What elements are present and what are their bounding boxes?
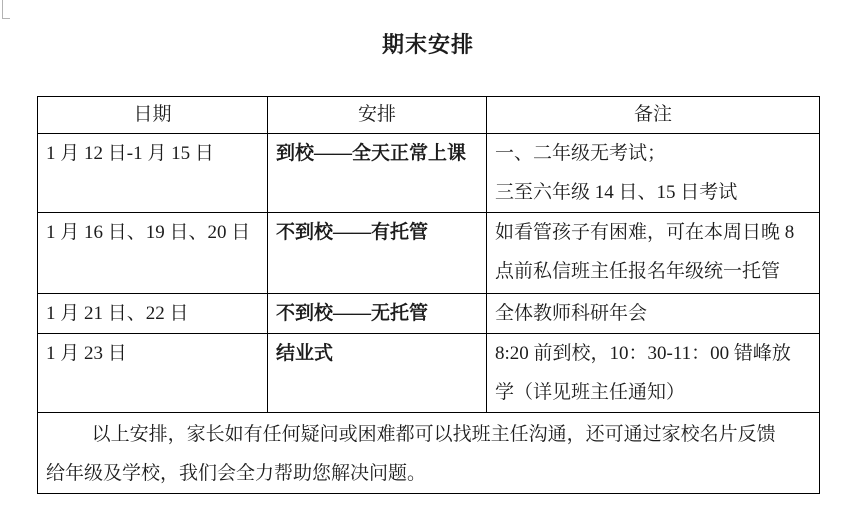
table-row: 1 月 16 日、19 日、20 日不到校——有托管如看管孩子有困难，可在本周日… [38, 213, 820, 294]
footer-row: 以上安排，家长如有任何疑问或困难都可以找班主任沟通，还可通过家校名片反馈给年级及… [38, 413, 820, 494]
schedule-table-body: 1 月 12 日-1 月 15 日到校——全天正常上课一、二年级无考试；三至六年… [38, 134, 820, 494]
table-row: 1 月 12 日-1 月 15 日到校——全天正常上课一、二年级无考试；三至六年… [38, 134, 820, 213]
date-cell: 1 月 12 日-1 月 15 日 [38, 134, 268, 213]
footer-cell: 以上安排，家长如有任何疑问或困难都可以找班主任沟通，还可通过家校名片反馈给年级及… [38, 413, 820, 494]
column-header-notes: 备注 [487, 97, 820, 134]
arrangement-cell: 不到校——无托管 [268, 294, 487, 334]
date-cell: 1 月 23 日 [38, 334, 268, 413]
arrangement-cell: 到校——全天正常上课 [268, 134, 487, 213]
arrangement-cell: 结业式 [268, 334, 487, 413]
note-line: 学（详见班主任通知） [495, 373, 811, 412]
footer-line: 给年级及学校，我们会全力帮助您解决问题。 [46, 454, 811, 493]
column-header-arrangement: 安排 [268, 97, 487, 134]
notes-cell: 全体教师科研年会 [487, 294, 820, 334]
document-title: 期末安排 [37, 28, 819, 59]
notes-cell: 一、二年级无考试；三至六年级 14 日、15 日考试 [487, 134, 820, 213]
page-corner-mark [2, 0, 10, 19]
note-line: 三至六年级 14 日、15 日考试 [495, 173, 811, 212]
table-row: 1 月 23 日结业式8:20 前到校，10：30-11：00 错峰放学（详见班… [38, 334, 820, 413]
note-line: 一、二年级无考试； [495, 134, 811, 173]
date-cell: 1 月 21 日、22 日 [38, 294, 268, 334]
date-cell: 1 月 16 日、19 日、20 日 [38, 213, 268, 294]
arrangement-cell: 不到校——有托管 [268, 213, 487, 294]
column-header-date: 日期 [38, 97, 268, 134]
note-line: 如看管孩子有困难，可在本周日晚 8 [495, 213, 811, 252]
schedule-table: 日期 安排 备注 1 月 12 日-1 月 15 日到校——全天正常上课一、二年… [37, 96, 820, 494]
schedule-table-header: 日期 安排 备注 [38, 97, 820, 134]
note-line: 8:20 前到校，10：30-11：00 错峰放 [495, 334, 811, 373]
note-line: 点前私信班主任报名年级统一托管 [495, 252, 811, 291]
table-row: 1 月 21 日、22 日不到校——无托管全体教师科研年会 [38, 294, 820, 334]
notes-cell: 如看管孩子有困难，可在本周日晚 8点前私信班主任报名年级统一托管 [487, 213, 820, 294]
note-line: 全体教师科研年会 [495, 294, 811, 333]
footer-line: 以上安排，家长如有任何疑问或困难都可以找班主任沟通，还可通过家校名片反馈 [46, 415, 811, 454]
notes-cell: 8:20 前到校，10：30-11：00 错峰放学（详见班主任通知） [487, 334, 820, 413]
